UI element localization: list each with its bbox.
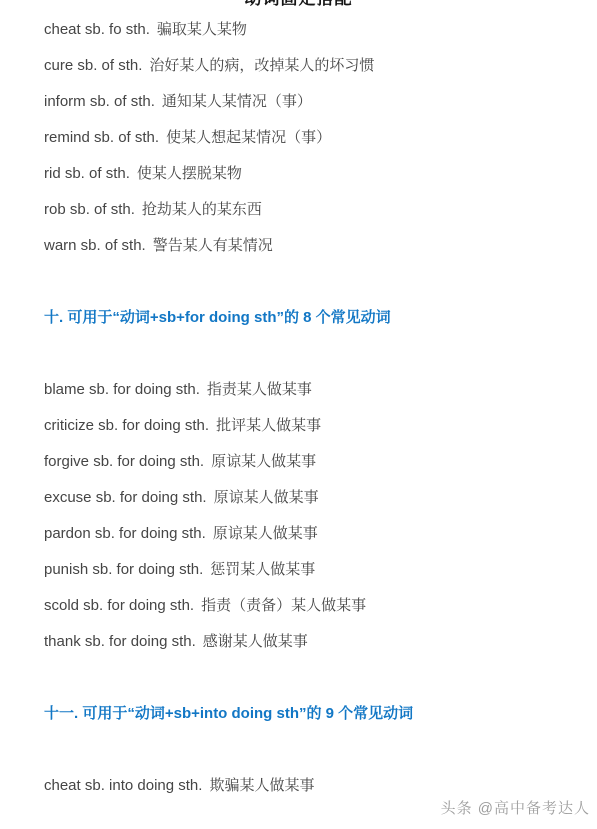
phrase-english: remind sb. of sth. [44, 129, 159, 146]
phrase-row: cure sb. of sth.治好某人的病，改掉某人的坏习惯 [44, 48, 577, 84]
phrase-chinese: 惩罚某人做某事 [210, 561, 315, 578]
section-heading-ten: 十. 可用于“动词+sb+for doing sth”的 8 个常见动词 [44, 300, 577, 336]
phrase-row: scold sb. for doing sth.指责（责备）某人做某事 [44, 588, 577, 624]
phrase-english: thank sb. for doing sth. [44, 633, 196, 650]
phrase-chinese: 感谢某人做某事 [203, 633, 308, 650]
document-content: cheat sb. fo sth.骗取某人某物 cure sb. of sth.… [0, 0, 597, 804]
phrase-chinese: 骗取某人某物 [157, 21, 247, 38]
phrase-english: forgive sb. for doing sth. [44, 453, 204, 470]
phrase-row: rid sb. of sth.使某人摆脱某物 [44, 156, 577, 192]
phrase-row: pardon sb. for doing sth.原谅某人做某事 [44, 516, 577, 552]
watermark: 头条 @高中备考达人 [441, 797, 590, 818]
phrase-list-of-sth: cheat sb. fo sth.骗取某人某物 cure sb. of sth.… [44, 12, 577, 264]
phrase-row: rob sb. of sth.抢劫某人的某东西 [44, 192, 577, 228]
phrase-chinese: 警告某人有某情况 [153, 237, 273, 254]
phrase-chinese: 原谅某人做某事 [213, 525, 318, 542]
phrase-english: punish sb. for doing sth. [44, 561, 203, 578]
document-page: 动词固定搭配 cheat sb. fo sth.骗取某人某物 cure sb. … [0, 0, 597, 829]
phrase-chinese: 使某人摆脱某物 [137, 165, 242, 182]
section-heading-eleven: 十一. 可用于“动词+sb+into doing sth”的 9 个常见动词 [44, 696, 577, 732]
phrase-row: inform sb. of sth.通知某人某情况（事） [44, 84, 577, 120]
phrase-english: cheat sb. into doing sth. [44, 777, 202, 794]
phrase-chinese: 批评某人做某事 [216, 417, 321, 434]
phrase-row: punish sb. for doing sth.惩罚某人做某事 [44, 552, 577, 588]
phrase-chinese: 抢劫某人的某东西 [142, 201, 262, 218]
phrase-row: thank sb. for doing sth.感谢某人做某事 [44, 624, 577, 660]
phrase-english: scold sb. for doing sth. [44, 597, 194, 614]
phrase-chinese: 原谅某人做某事 [211, 453, 316, 470]
phrase-chinese: 使某人想起某情况（事） [166, 129, 331, 146]
phrase-chinese: 治好某人的病，改掉某人的坏习惯 [149, 57, 374, 74]
phrase-chinese: 通知某人某情况（事） [162, 93, 312, 110]
phrase-english: cheat sb. fo sth. [44, 21, 150, 38]
phrase-chinese: 指责某人做某事 [207, 381, 312, 398]
phrase-english: cure sb. of sth. [44, 57, 142, 74]
phrase-row: cheat sb. fo sth.骗取某人某物 [44, 12, 577, 48]
phrase-row: forgive sb. for doing sth.原谅某人做某事 [44, 444, 577, 480]
phrase-chinese: 原谅某人做某事 [214, 489, 319, 506]
phrase-row: blame sb. for doing sth.指责某人做某事 [44, 372, 577, 408]
phrase-english: rob sb. of sth. [44, 201, 135, 218]
phrase-row: warn sb. of sth.警告某人有某情况 [44, 228, 577, 264]
phrase-english: warn sb. of sth. [44, 237, 146, 254]
phrase-chinese: 欺骗某人做某事 [209, 777, 314, 794]
phrase-english: blame sb. for doing sth. [44, 381, 200, 398]
phrase-english: criticize sb. for doing sth. [44, 417, 209, 434]
phrase-row: criticize sb. for doing sth.批评某人做某事 [44, 408, 577, 444]
phrase-chinese: 指责（责备）某人做某事 [201, 597, 366, 614]
phrase-row: remind sb. of sth.使某人想起某情况（事） [44, 120, 577, 156]
phrase-row: excuse sb. for doing sth.原谅某人做某事 [44, 480, 577, 516]
phrase-list-for-doing: blame sb. for doing sth.指责某人做某事 criticiz… [44, 372, 577, 660]
phrase-english: pardon sb. for doing sth. [44, 525, 206, 542]
phrase-english: rid sb. of sth. [44, 165, 130, 182]
phrase-english: excuse sb. for doing sth. [44, 489, 207, 506]
clipped-page-title: 动词固定搭配 [0, 0, 597, 9]
phrase-english: inform sb. of sth. [44, 93, 155, 110]
